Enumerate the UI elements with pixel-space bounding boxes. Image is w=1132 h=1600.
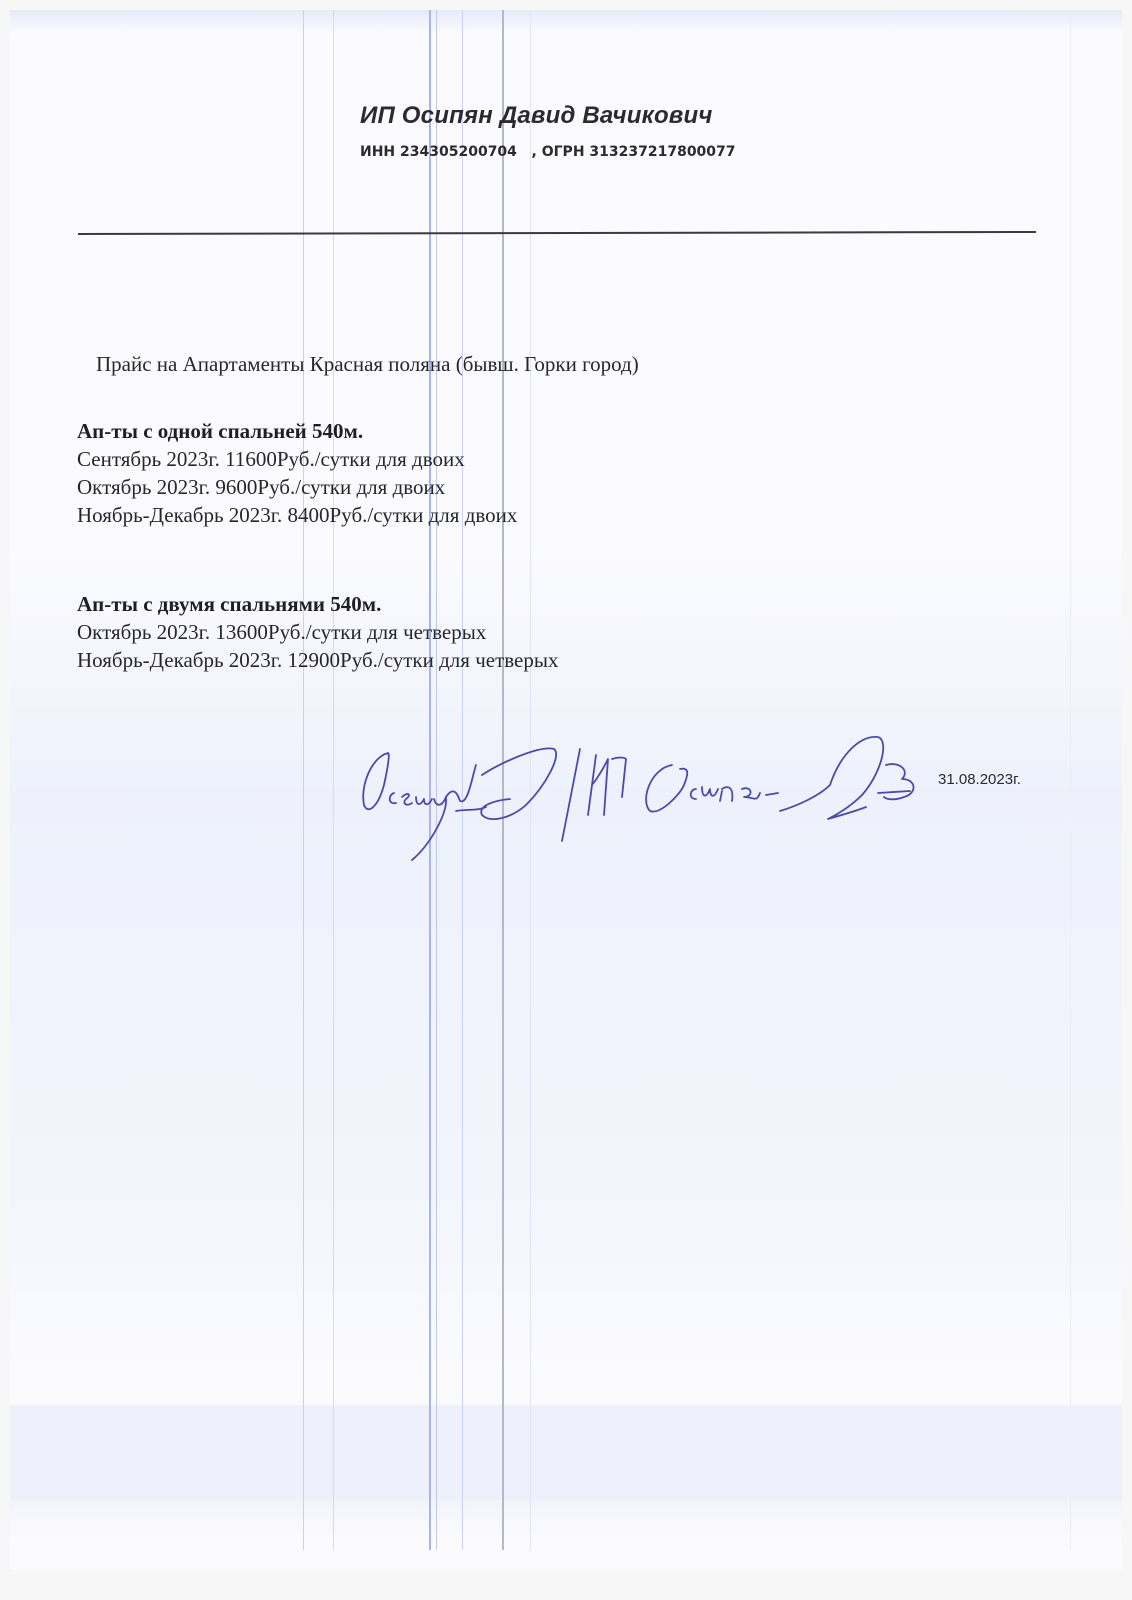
price-section-two-bedroom: Ап-ты с двумя спальнями 540м. Октябрь 20… (77, 590, 558, 674)
scan-tint-bottom (10, 1405, 1122, 1500)
price-line: Октябрь 2023г. 13600Руб./сутки для четве… (77, 618, 558, 646)
price-line: Сентябрь 2023г. 11600Руб./сутки для двои… (77, 445, 517, 473)
scanner-streak (1070, 10, 1071, 1550)
scanner-streak (303, 10, 304, 1550)
signature-date: 31.08.2023г. (938, 771, 1021, 788)
section-title: Ап-ты с одной спальней 540м. (77, 417, 517, 445)
handwritten-signature (350, 715, 950, 865)
scan-tint-bottom-fade (10, 1500, 1122, 1540)
price-list-title: Прайс на Апартаменты Красная поляна (быв… (96, 352, 639, 377)
scanner-streak (333, 10, 334, 1550)
company-registration-ids: ИНН 234305200704 , ОГРН 313237217800077 (360, 144, 736, 160)
price-line: Ноябрь-Декабрь 2023г. 8400Руб./сутки для… (77, 501, 517, 529)
scan-tint-top (10, 10, 1122, 34)
price-line: Ноябрь-Декабрь 2023г. 12900Руб./сутки дл… (77, 646, 558, 674)
price-section-one-bedroom: Ап-ты с одной спальней 540м. Сентябрь 20… (77, 417, 517, 529)
price-line: Октябрь 2023г. 9600Руб./сутки для двоих (77, 473, 517, 501)
section-title: Ап-ты с двумя спальнями 540м. (77, 590, 558, 618)
company-name: ИП Осипян Давид Вачикович (360, 102, 713, 130)
